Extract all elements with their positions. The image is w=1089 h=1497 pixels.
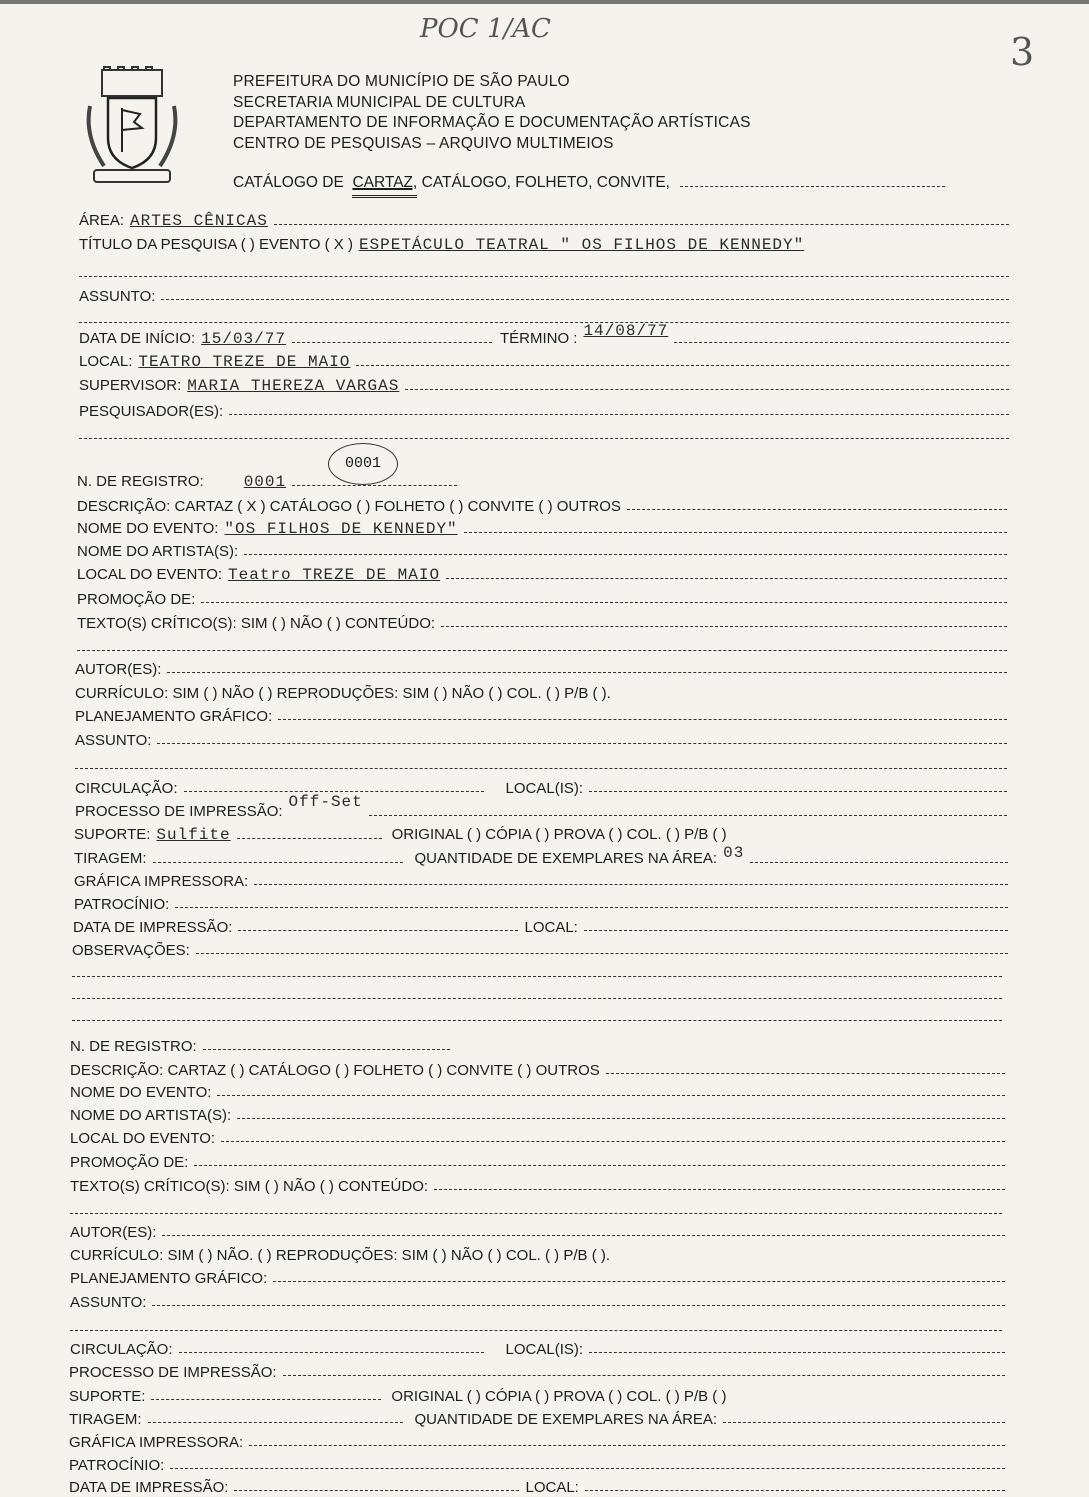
registro-label: N. DE REGISTRO: [77, 473, 204, 490]
suporte-field-2: SUPORTE: ORIGINAL ( ) CÓPIA ( ) PROVA ( … [69, 1388, 1014, 1405]
locais-label-2: LOCAL(IS): [506, 1341, 584, 1358]
descricao-field: DESCRIÇÃO: CARTAZ ( X ) CATÁLOGO ( ) FOL… [77, 498, 1007, 515]
grafica-label-2: GRÁFICA IMPRESSORA: [69, 1434, 243, 1451]
processo-value[interactable]: Off-Set [289, 793, 363, 811]
header-line: PREFEITURA DO MUNICÍPIO DE SÃO PAULO [233, 72, 751, 93]
grafica-label: GRÁFICA IMPRESSORA: [74, 873, 248, 890]
data-impressao-input[interactable] [238, 929, 518, 931]
blank-line [77, 650, 1007, 651]
registro-label-2: N. DE REGISTRO: [70, 1038, 197, 1055]
patrocinio-field-2: PATROCÍNIO: [69, 1457, 1005, 1474]
assunto-field: ASSUNTO: [79, 288, 1009, 305]
nome-evento-field-2: NOME DO EVENTO: [70, 1084, 1005, 1101]
pesquisador-field: PESQUISADOR(ES): [79, 403, 1009, 420]
blank-line [79, 276, 1009, 277]
circulacao-field: CIRCULAÇÃO: LOCAL(IS): [75, 780, 1007, 797]
handwritten-page-number: 3 [1010, 30, 1034, 74]
descricao-options-2[interactable]: DESCRIÇÃO: CARTAZ ( ) CATÁLOGO ( ) FOLHE… [70, 1062, 600, 1079]
suporte-input-2[interactable] [151, 1398, 381, 1400]
circulacao-input[interactable] [184, 790, 484, 792]
handwritten-code: POC 1/AC [420, 14, 551, 44]
suporte-options-2[interactable]: ORIGINAL ( ) CÓPIA ( ) PROVA ( ) COL. ( … [391, 1388, 726, 1405]
promocao-label-2: PROMOÇÃO DE: [70, 1154, 188, 1171]
processo-input-2[interactable] [283, 1374, 1005, 1376]
nome-artista-input[interactable] [244, 553, 1007, 555]
local-value[interactable]: TEATRO TREZE DE MAIO [138, 353, 350, 371]
processo-label-2: PROCESSO DE IMPRESSÃO: [69, 1364, 277, 1381]
textos-criticos-label-2[interactable]: TEXTO(S) CRÍTICO(S): SIM ( ) NÃO ( ) CON… [70, 1178, 428, 1195]
data-inicio-field: DATA DE INÍCIO: 15/03/77 TÉRMINO : 14/08… [79, 330, 1009, 348]
circulacao-input-2[interactable] [179, 1351, 484, 1353]
curriculo-field: CURRÍCULO: SIM ( ) NÃO ( ) REPRODUÇÕES: … [75, 685, 1015, 702]
curriculo-field-2: CURRÍCULO: SIM ( ) NÃO. ( ) REPRODUÇÕES:… [70, 1247, 1010, 1264]
processo-field-2: PROCESSO DE IMPRESSÃO: [69, 1364, 1005, 1381]
quantidade-value[interactable]: 03 [723, 844, 744, 862]
promocao-field-2: PROMOÇÃO DE: [70, 1154, 1005, 1171]
grafica-input-2[interactable] [249, 1444, 1005, 1446]
processo-field: PROCESSO DE IMPRESSÃO: Off-Set [75, 803, 1007, 821]
autores-input-2[interactable] [162, 1234, 1005, 1236]
observacoes-input[interactable] [196, 952, 1008, 954]
nome-artista-label-2: NOME DO ARTISTA(S): [70, 1107, 231, 1124]
suporte-value[interactable]: Sulfite [156, 826, 230, 844]
quantidade-label-2: QUANTIDADE DE EXEMPLARES NA ÁREA: [415, 1411, 718, 1428]
patrocinio-input[interactable] [175, 906, 1008, 908]
assunto-record-input-2[interactable] [152, 1304, 1005, 1306]
textos-criticos-label[interactable]: TEXTO(S) CRÍTICO(S): SIM ( ) NÃO ( ) CON… [77, 615, 435, 632]
blank-line [72, 998, 1002, 999]
blank-line [79, 322, 1009, 323]
termino-value[interactable]: 14/08/77 [583, 322, 668, 340]
autores-label: AUTOR(ES): [75, 661, 161, 678]
termino-label: TÉRMINO : [500, 330, 578, 347]
data-inicio-label: DATA DE INÍCIO: [79, 330, 195, 347]
blank-line [70, 1330, 1002, 1331]
patrocinio-label: PATROCÍNIO: [74, 896, 169, 913]
locais-input-2[interactable] [589, 1351, 1005, 1353]
suporte-label-2: SUPORTE: [69, 1388, 145, 1405]
descricao-field-2: DESCRIÇÃO: CARTAZ ( ) CATÁLOGO ( ) FOLHE… [70, 1062, 1005, 1079]
assunto-label: ASSUNTO: [79, 288, 155, 305]
area-value[interactable]: ARTES CÊNICAS [130, 212, 268, 230]
quantidade-label: QUANTIDADE DE EXEMPLARES NA ÁREA: [415, 850, 718, 867]
nome-evento-input-2[interactable] [217, 1094, 1005, 1096]
catalog-type-line: CATÁLOGO DE CARTAZ, CATÁLOGO, FOLHETO, C… [233, 174, 945, 192]
promocao-input-2[interactable] [194, 1164, 1005, 1166]
local-evento-input-2[interactable] [221, 1140, 1005, 1142]
data-inicio-value[interactable]: 15/03/77 [201, 330, 286, 348]
autores-field: AUTOR(ES): [75, 661, 1007, 678]
local-impressao-label: LOCAL: [524, 919, 577, 936]
quantidade-input-2[interactable] [723, 1421, 1005, 1423]
autores-input[interactable] [167, 671, 1007, 673]
registro-input-2[interactable] [203, 1048, 450, 1050]
patrocinio-label-2: PATROCÍNIO: [69, 1457, 164, 1474]
local-evento-field: LOCAL DO EVENTO: Teatro TREZE DE MAIO [77, 566, 1007, 584]
supervisor-field: SUPERVISOR: MARIA THEREZA VARGAS [79, 377, 1009, 395]
assunto-input[interactable] [161, 298, 1009, 300]
local-evento-value[interactable]: Teatro TREZE DE MAIO [228, 566, 440, 584]
textos-criticos-field: TEXTO(S) CRÍTICO(S): SIM ( ) NÃO ( ) CON… [77, 615, 1007, 632]
autores-field-2: AUTOR(ES): [70, 1224, 1005, 1241]
assunto-record-input[interactable] [157, 742, 1007, 744]
suporte-field: SUPORTE: Sulfite ORIGINAL ( ) CÓPIA ( ) … [74, 826, 1014, 844]
blank-line [70, 1213, 1002, 1214]
city-coat-of-arms-icon [80, 66, 184, 190]
observacoes-label: OBSERVAÇÕES: [72, 942, 190, 959]
grafica-field-2: GRÁFICA IMPRESSORA: [69, 1434, 1005, 1451]
assunto-record-field-2: ASSUNTO: [70, 1294, 1005, 1311]
catalog-other-types: CATÁLOGO, FOLHETO, CONVITE, [422, 174, 670, 191]
planejamento-input[interactable] [278, 718, 1007, 720]
institution-header: PREFEITURA DO MUNICÍPIO DE SÃO PAULO SEC… [233, 72, 751, 154]
tiragem-input-2[interactable] [148, 1421, 403, 1423]
local-evento-field-2: LOCAL DO EVENTO: [70, 1130, 1005, 1147]
supervisor-label: SUPERVISOR: [79, 377, 181, 394]
data-impressao-input-2[interactable] [234, 1489, 519, 1491]
grafica-field: GRÁFICA IMPRESSORA: [74, 873, 1008, 890]
planejamento-field-2: PLANEJAMENTO GRÁFICO: [70, 1270, 1005, 1287]
data-impressao-label-2: DATA DE IMPRESSÃO: [69, 1479, 228, 1496]
header-line: SECRETARIA MUNICIPAL DE CULTURA [233, 93, 751, 114]
scan-edge [0, 0, 1089, 4]
patrocinio-input-2[interactable] [170, 1467, 1005, 1469]
header-line: DEPARTAMENTO DE INFORMAÇÃO E DOCUMENTAÇÃ… [233, 113, 751, 134]
planejamento-label-2: PLANEJAMENTO GRÁFICO: [70, 1270, 267, 1287]
blank-line [72, 976, 1002, 977]
area-field: ÁREA: ARTES CÊNICAS [79, 212, 1009, 230]
assunto-record-label-2: ASSUNTO: [70, 1294, 146, 1311]
observacoes-field: OBSERVAÇÕES: [72, 942, 1008, 959]
data-impressao-label: DATA DE IMPRESSÃO: [73, 919, 232, 936]
assunto-record-label: ASSUNTO: [75, 732, 151, 749]
tiragem-input[interactable] [153, 861, 403, 863]
descricao-options[interactable]: DESCRIÇÃO: CARTAZ ( X ) CATÁLOGO ( ) FOL… [77, 498, 621, 515]
suporte-label: SUPORTE: [74, 826, 150, 843]
textos-criticos-field-2: TEXTO(S) CRÍTICO(S): SIM ( ) NÃO ( ) CON… [70, 1178, 1005, 1195]
registro-field: N. DE REGISTRO: 0001 [77, 473, 457, 491]
tiragem-field-2: TIRAGEM: QUANTIDADE DE EXEMPLARES NA ÁRE… [69, 1411, 1005, 1428]
promocao-input[interactable] [201, 601, 1007, 603]
nome-evento-label-2: NOME DO EVENTO: [70, 1084, 211, 1101]
suporte-options[interactable]: ORIGINAL ( ) CÓPIA ( ) PROVA ( ) COL. ( … [392, 826, 727, 843]
local-evento-label: LOCAL DO EVENTO: [77, 566, 222, 583]
local-impressao-input-2[interactable] [585, 1489, 1005, 1491]
tiragem-label-2: TIRAGEM: [69, 1411, 142, 1428]
blank-line [75, 768, 1007, 769]
locais-input[interactable] [589, 790, 1007, 792]
blank-line [72, 1020, 1002, 1021]
curriculo-options-2[interactable]: CURRÍCULO: SIM ( ) NÃO. ( ) REPRODUÇÕES:… [70, 1247, 610, 1264]
registro-field-2: N. DE REGISTRO: [70, 1038, 450, 1055]
tiragem-field: TIRAGEM: QUANTIDADE DE EXEMPLARES NA ÁRE… [74, 850, 1008, 868]
patrocinio-field: PATROCÍNIO: [74, 896, 1008, 913]
data-impressao-field: DATA DE IMPRESSÃO: LOCAL: [73, 919, 1008, 936]
nome-artista-field-2: NOME DO ARTISTA(S): [70, 1107, 1005, 1124]
local-field: LOCAL: TEATRO TREZE DE MAIO [79, 353, 1009, 371]
autores-label-2: AUTOR(ES): [70, 1224, 156, 1241]
nome-evento-label: NOME DO EVENTO: [77, 520, 218, 537]
processo-label: PROCESSO DE IMPRESSÃO: [75, 803, 283, 820]
local-impressao-input[interactable] [584, 929, 1008, 931]
curriculo-options[interactable]: CURRÍCULO: SIM ( ) NÃO ( ) REPRODUÇÕES: … [75, 685, 611, 702]
local-evento-label-2: LOCAL DO EVENTO: [70, 1130, 215, 1147]
blank-line [79, 438, 1009, 439]
local-impressao-label-2: LOCAL: [525, 1479, 578, 1496]
planejamento-field: PLANEJAMENTO GRÁFICO: [75, 708, 1007, 725]
pesquisador-label: PESQUISADOR(ES): [79, 403, 223, 420]
data-impressao-field-2: DATA DE IMPRESSÃO: LOCAL: [69, 1479, 1005, 1496]
tiragem-label: TIRAGEM: [74, 850, 147, 867]
planejamento-label: PLANEJAMENTO GRÁFICO: [75, 708, 272, 725]
grafica-input[interactable] [254, 883, 1008, 885]
nome-artista-label: NOME DO ARTISTA(S): [77, 543, 238, 560]
registro-value[interactable]: 0001 [244, 473, 286, 491]
nome-artista-input-2[interactable] [237, 1117, 1005, 1119]
pesquisador-input[interactable] [229, 413, 1009, 415]
supervisor-value[interactable]: MARIA THEREZA VARGAS [187, 377, 399, 395]
titulo-field: TÍTULO DA PESQUISA ( ) EVENTO ( X ) ESPE… [79, 236, 1009, 254]
promocao-label: PROMOÇÃO DE: [77, 591, 195, 608]
catalog-selected-type: CARTAZ, [352, 174, 417, 198]
area-label: ÁREA: [79, 212, 124, 229]
header-line: CENTRO DE PESQUISAS – ARQUIVO MULTIMEIOS [233, 134, 751, 155]
nome-evento-field: NOME DO EVENTO: "OS FILHOS DE KENNEDY" [77, 520, 1007, 538]
circulacao-field-2: CIRCULAÇÃO: LOCAL(IS): [70, 1341, 1005, 1358]
assunto-record-field: ASSUNTO: [75, 732, 1007, 749]
circulacao-label: CIRCULAÇÃO: [75, 780, 178, 797]
local-label: LOCAL: [79, 353, 132, 370]
planejamento-input-2[interactable] [273, 1280, 1005, 1282]
nome-evento-value[interactable]: "OS FILHOS DE KENNEDY" [224, 520, 457, 538]
titulo-label: TÍTULO DA PESQUISA ( ) EVENTO ( X ) [79, 236, 353, 253]
locais-label: LOCAL(IS): [506, 780, 584, 797]
catalog-prefix: CATÁLOGO DE [233, 174, 344, 191]
titulo-value[interactable]: ESPETÁCULO TEATRAL " OS FILHOS DE KENNED… [359, 236, 804, 254]
circulacao-label-2: CIRCULAÇÃO: [70, 1341, 173, 1358]
nome-artista-field: NOME DO ARTISTA(S): [77, 543, 1007, 560]
promocao-field: PROMOÇÃO DE: [77, 591, 1007, 608]
